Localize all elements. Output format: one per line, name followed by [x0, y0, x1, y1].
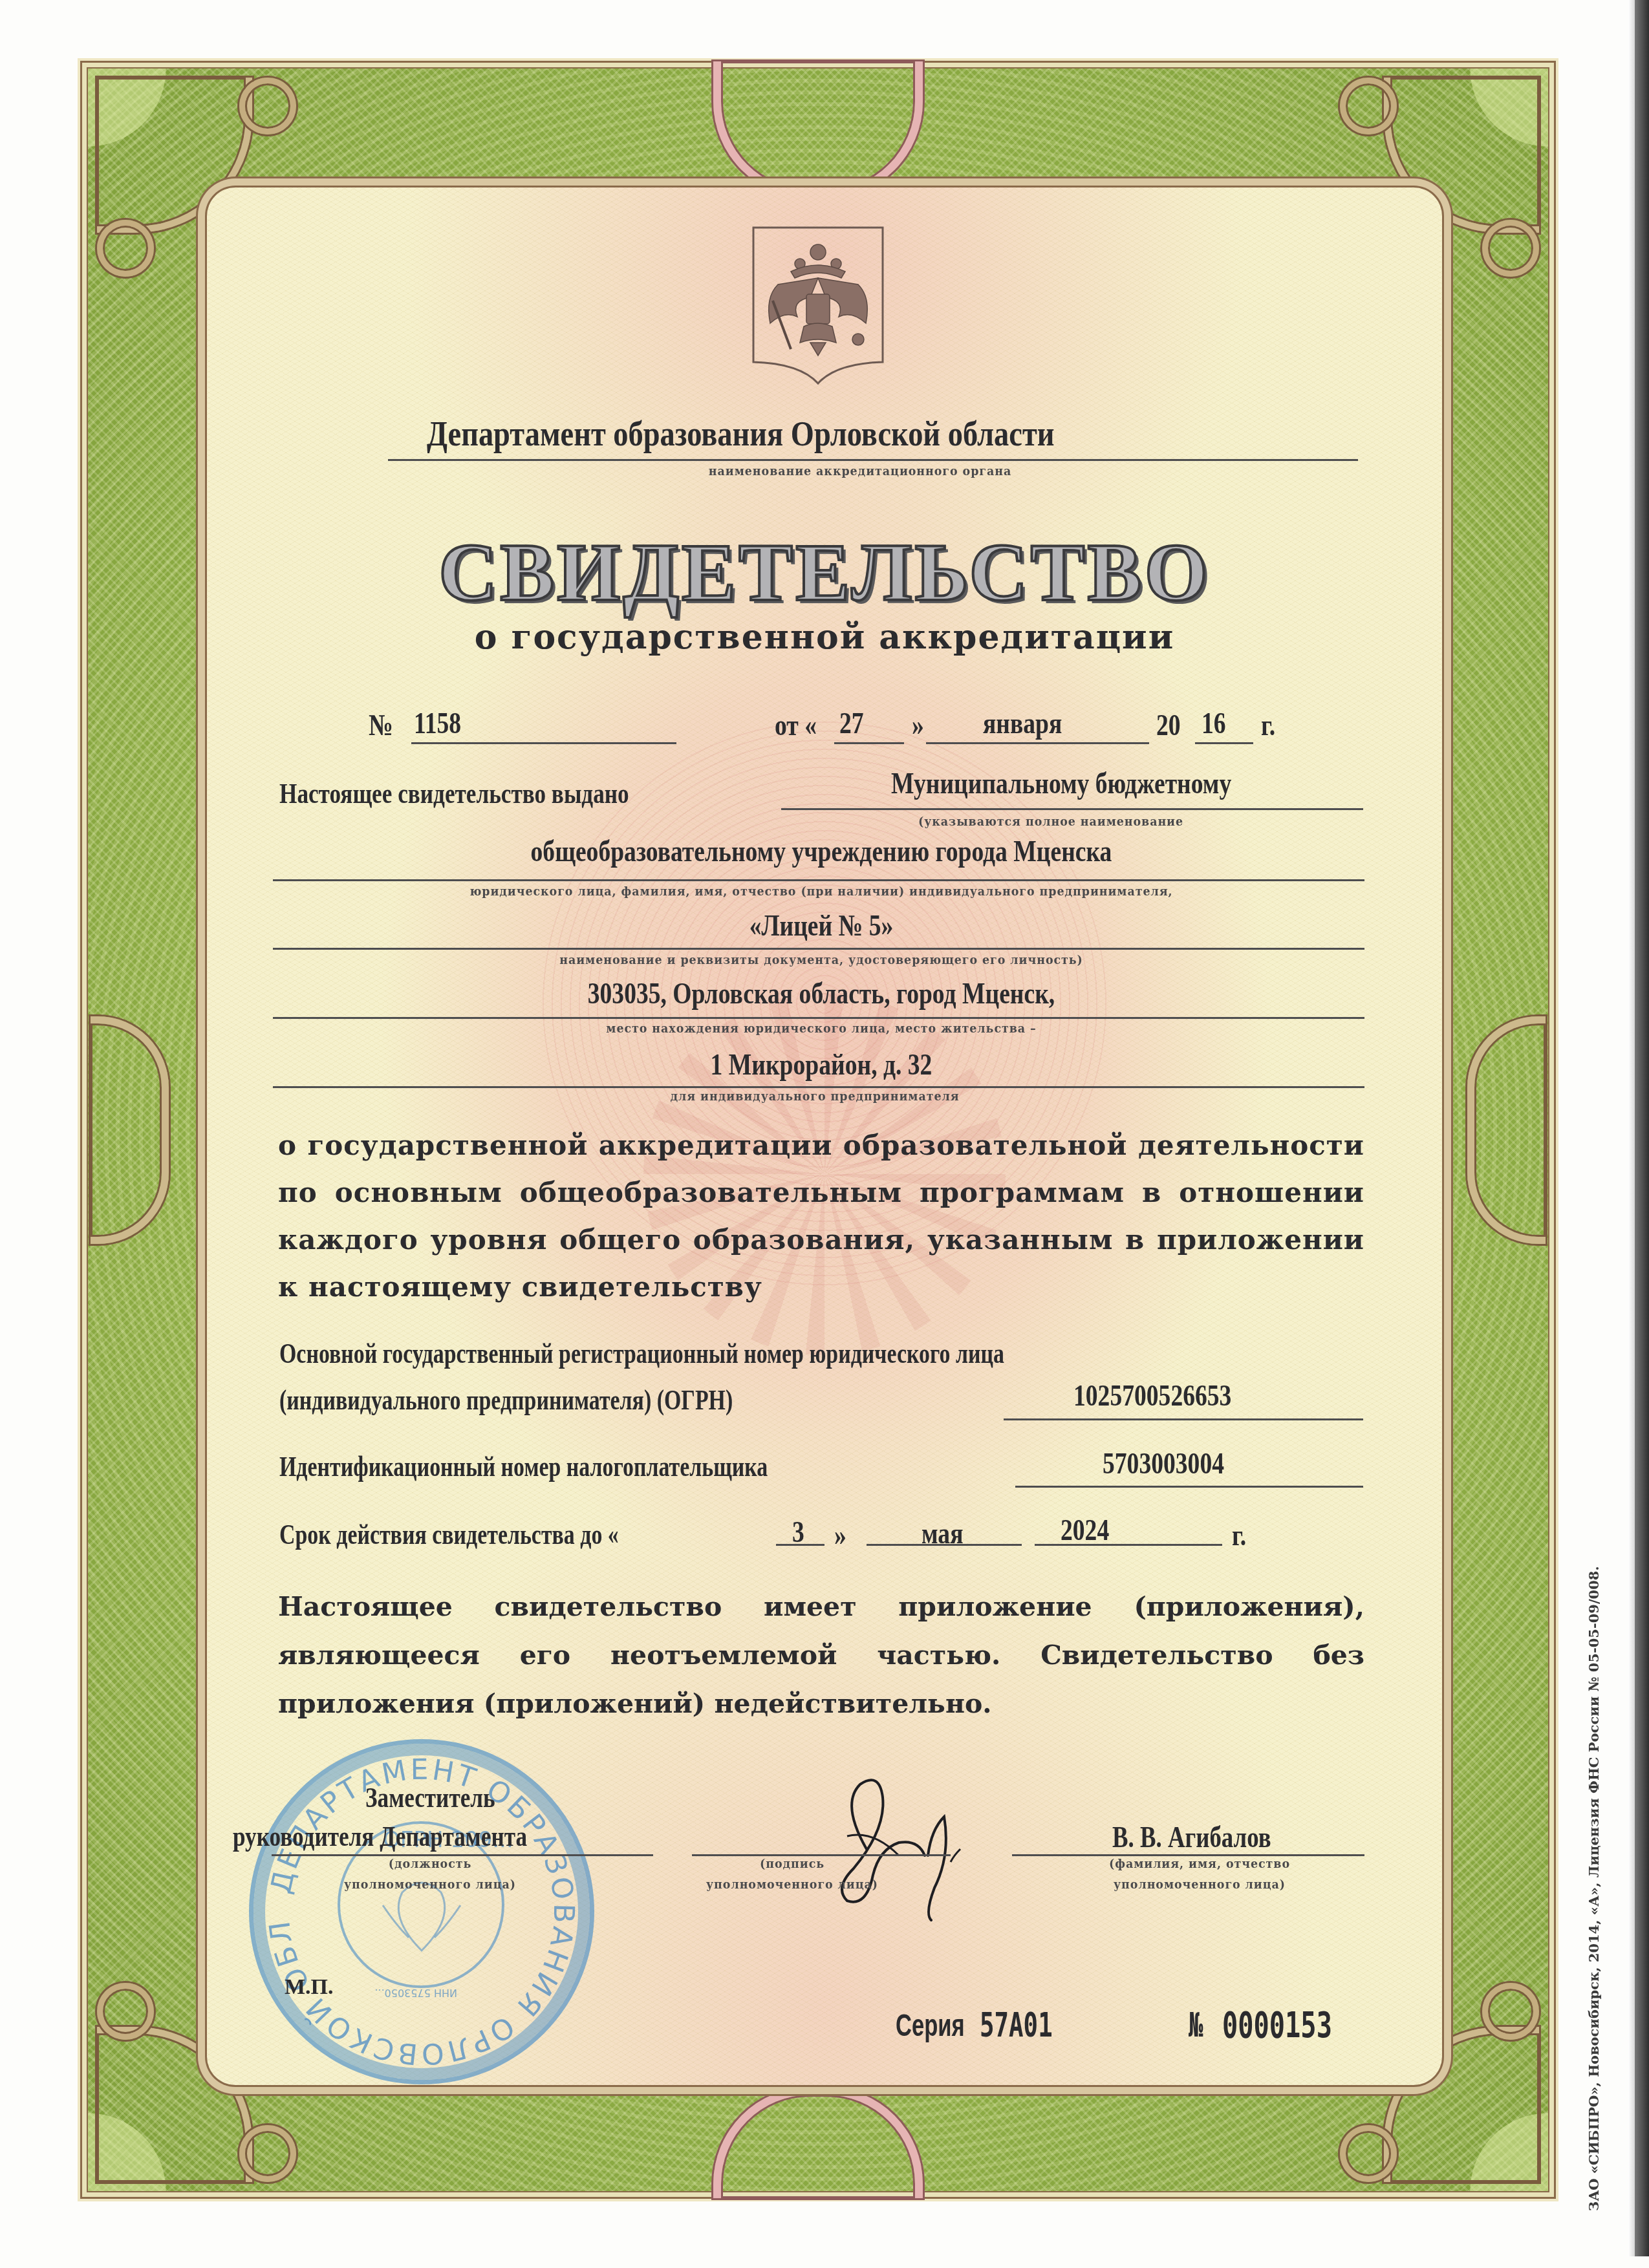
- ogrn-label-line1: Основной государственный регистрационный…: [279, 1337, 1221, 1370]
- position-underline: [272, 1854, 653, 1856]
- validity-day-underline: [776, 1544, 824, 1546]
- document-title: СВИДЕТЕЛЬСТВО: [438, 527, 1210, 620]
- issued-to-caption4: место нахождения юридического лица, мест…: [606, 1022, 1036, 1036]
- issued-to-label-text: Настоящее свидетельство выдано: [279, 777, 629, 810]
- quote-close: »: [912, 708, 924, 743]
- date-day-underline: [834, 742, 904, 744]
- blank-number-sign: №: [1189, 2006, 1203, 2045]
- date-month: января: [983, 706, 1082, 741]
- svg-text:ИНН 5753050...: ИНН 5753050...: [374, 1987, 457, 1999]
- year-unit: г.: [1261, 708, 1275, 743]
- number-sign: №: [369, 708, 393, 743]
- seal-place-mark: М.П.: [285, 1975, 334, 2000]
- position-caption2: уполномоченного лица): [344, 1878, 516, 1892]
- scan-edge-highlight: [1628, 0, 1635, 2256]
- blank-series-value: 57А01: [980, 2006, 1081, 2045]
- validity-month-underline: [867, 1544, 1022, 1546]
- signature-underline: [692, 1854, 951, 1856]
- scroll-ornament-icon: [239, 78, 296, 134]
- inn-value: 5703003004: [1103, 1446, 1255, 1481]
- date-month-value: января: [983, 706, 1062, 741]
- date-prefix: от «: [775, 708, 827, 743]
- blank-number: 0000153: [1222, 2004, 1375, 2046]
- inn-underline: [1015, 1486, 1363, 1488]
- validity-unit-text: г.: [1232, 1518, 1246, 1553]
- right-side-ornament-icon: [1467, 1016, 1546, 1244]
- ogrn-label-text2: (индивидуального предпринимателя) (ОГРН): [279, 1384, 733, 1417]
- recipient-name-line3: «Лицей № 5»: [749, 908, 894, 943]
- issued-to-underline1: [781, 808, 1363, 810]
- date-quote-close: »: [912, 708, 927, 743]
- scroll-ornament-icon: [97, 220, 154, 277]
- date-prefix-text: от «: [775, 708, 817, 743]
- ogrn-underline: [1004, 1418, 1363, 1420]
- validity-year-underline: [1035, 1544, 1222, 1546]
- series-value: 57А01: [980, 2006, 1053, 2045]
- blank-series: Серия: [896, 2007, 991, 2044]
- inn-number: 5703003004: [1103, 1446, 1224, 1481]
- date-month-underline: [926, 742, 1149, 744]
- scroll-ornament-icon: [1340, 2125, 1397, 2182]
- validity-quote-close: »: [834, 1518, 850, 1553]
- validity-year-value: 2024: [1061, 1513, 1109, 1548]
- issued-to-line2: общеобразовательному учреждению города М…: [821, 834, 1548, 869]
- issued-to-underline2: [273, 879, 1364, 881]
- coat-of-arms-icon: [752, 226, 884, 385]
- appendix-note: Настоящее свидетельство имеет приложение…: [278, 1583, 1364, 1728]
- position-text1: Заместитель: [365, 1781, 495, 1814]
- signature-caption2: уполномоченного лица): [706, 1878, 878, 1892]
- position-text2: руководителя Департамента: [233, 1820, 527, 1853]
- position-caption1: (должность: [389, 1857, 472, 1871]
- ogrn-label-text1: Основной государственный регистрационный…: [279, 1337, 1004, 1370]
- inn-label: Идентификационный номер налогоплательщик…: [279, 1450, 914, 1483]
- name-caption1: (фамилия, имя, отчество: [1109, 1857, 1290, 1871]
- date-year-unit: г.: [1261, 708, 1279, 743]
- recipient-name-line1: Муниципальному бюджетному: [891, 766, 1231, 801]
- issuing-authority-text: Департамент образования Орловской област…: [427, 414, 1054, 454]
- certificate-number: 1158: [414, 706, 473, 741]
- left-side-ornament-icon: [91, 1016, 169, 1244]
- issued-to-underline3: [273, 948, 1364, 950]
- issued-to-label: Настоящее свидетельство выдано: [279, 777, 717, 810]
- issued-to-line3: «Лицей № 5»: [821, 908, 1001, 943]
- ogrn-label-line2: (индивидуального предпринимателя) (ОГРН): [279, 1384, 868, 1417]
- ogrn-value: 1025700526653: [1073, 1378, 1271, 1413]
- issued-to-caption5: для индивидуального предпринимателя: [670, 1089, 959, 1104]
- date-year-prefix: 20: [1156, 708, 1187, 743]
- scan-edge-shadow: [1635, 0, 1649, 2256]
- issued-to-address-line1: 303035, Орловская область, город Мценск,: [821, 976, 1405, 1011]
- year-prefix: 20: [1156, 708, 1181, 743]
- recipient-address-line1: 303035, Орловская область, город Мценск,: [588, 976, 1055, 1011]
- date-year: 16: [1202, 706, 1232, 741]
- series-label: Серия: [896, 2008, 965, 2044]
- date-day-value: 27: [839, 706, 864, 741]
- signatory-name-text: В. В. Агибалов: [1112, 1820, 1271, 1854]
- scroll-ornament-icon: [1340, 78, 1397, 134]
- issuer-caption: наименование аккредитационного органа: [709, 464, 1011, 478]
- issued-to-caption3: наименование и реквизиты документа, удос…: [559, 953, 1083, 967]
- blank-number-value: 0000153: [1222, 2004, 1332, 2046]
- issuer-underline: [388, 459, 1358, 461]
- year-suffix: 16: [1202, 706, 1226, 741]
- inn-label-text: Идентификационный номер налогоплательщик…: [279, 1450, 768, 1483]
- signatory-position-line2: руководителя Департамента: [233, 1820, 601, 1853]
- scroll-ornament-icon: [1482, 220, 1539, 277]
- recipient-name-line2: общеобразовательному учреждению города М…: [531, 834, 1112, 869]
- scroll-ornament-icon: [97, 1983, 154, 2040]
- printer-imprint: ЗАО «СИБПРО», Новосибирск, 2014, «А», Ли…: [1586, 1566, 1602, 2211]
- issued-to-line1: Муниципальному бюджетному: [891, 766, 1317, 801]
- scroll-ornament-icon: [1482, 1983, 1539, 2040]
- validity-label: Срок действия свидетельства до «: [279, 1518, 720, 1551]
- name-underline: [1012, 1854, 1364, 1856]
- issued-to-underline4: [273, 1017, 1364, 1019]
- date-year-underline: [1195, 742, 1253, 744]
- signatory-position-line1: Заместитель: [365, 1781, 528, 1814]
- issued-to-caption1: (указываются полное наименование: [918, 815, 1183, 829]
- signature-icon: [770, 1759, 1015, 1927]
- ogrn-number: 1025700526653: [1073, 1378, 1231, 1413]
- accreditation-purpose: о государственной аккредитации образоват…: [278, 1122, 1364, 1311]
- date-day: 27: [839, 706, 870, 741]
- number-label: №: [369, 708, 399, 743]
- number-underline: [411, 742, 676, 744]
- signatory-name: В. В. Агибалов: [1112, 1820, 1311, 1854]
- issuing-authority: Департамент образования Орловской област…: [427, 414, 1156, 454]
- blank-number-prefix: №: [1189, 2006, 1209, 2045]
- scroll-ornament-icon: [239, 2125, 296, 2182]
- name-caption2: уполномоченного лица): [1114, 1878, 1286, 1892]
- quote-close: »: [834, 1518, 846, 1553]
- recipient-address-line2: 1 Микрорайон, д. 32: [711, 1047, 932, 1082]
- issued-to-underline5: [273, 1086, 1364, 1088]
- issued-to-caption2: юридического лица, фамилия, имя, отчеств…: [469, 884, 1172, 899]
- validity-year: 2024: [1061, 1513, 1121, 1548]
- certificate-number-value: 1158: [414, 706, 461, 741]
- signature-caption1: (подпись: [760, 1857, 824, 1871]
- document-subtitle: о государственной аккредитации: [475, 617, 1175, 657]
- validity-label-text: Срок действия свидетельства до «: [279, 1518, 619, 1551]
- issued-to-address-line2: 1 Микрорайон, д. 32: [821, 1047, 1099, 1082]
- validity-unit: г.: [1232, 1518, 1250, 1553]
